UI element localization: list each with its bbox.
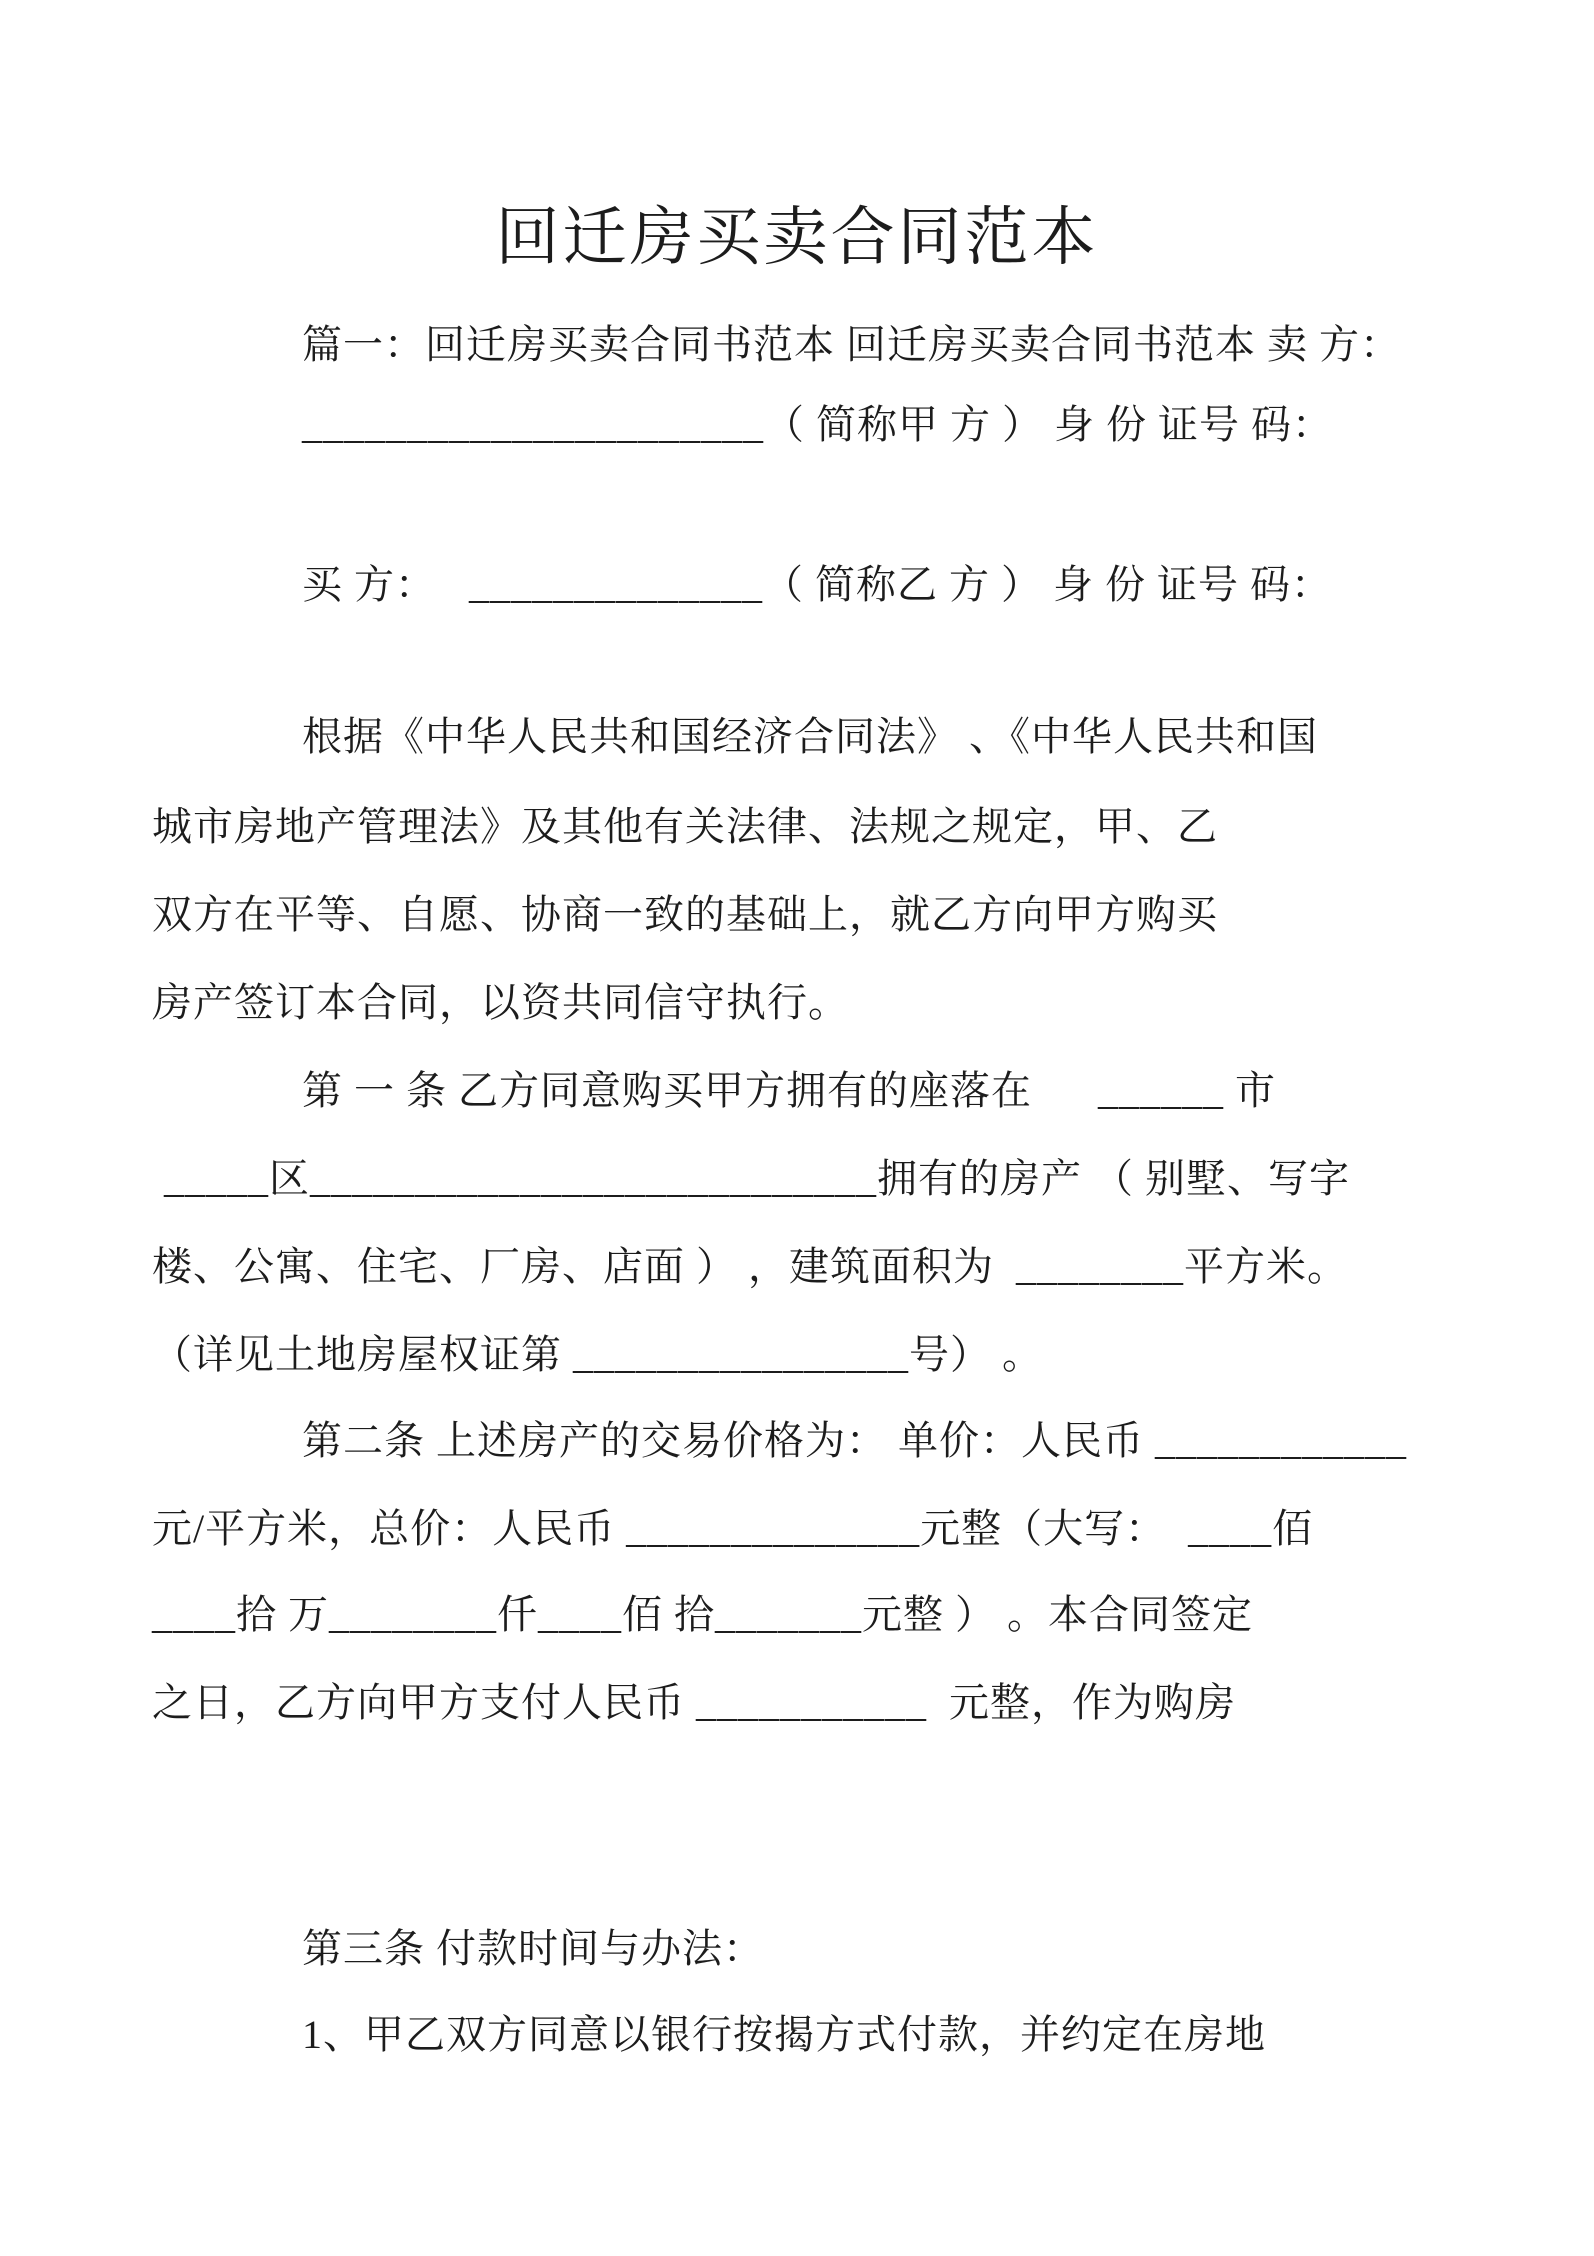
line-article-2-deposit: 之日，乙方向甲方支付人民币 ___________ 元整，作为购房: [152, 1676, 1236, 1730]
line-legal-basis-1: 根据《中华人民共和国经济合同法》 、《中华人民共和国: [302, 710, 1318, 764]
line-article-2-amount-words: ____拾 万________仟____佰 拾_______元整 ） 。本合同签…: [152, 1588, 1253, 1642]
line-article-2-start: 第二条 上述房产的交易价格为： 单价：人民币 ____________: [302, 1414, 1407, 1468]
line-seller-blank-party-a: ______________________（ 简称甲 方 ） 身 份 证号 码…: [302, 398, 1333, 452]
contract-document-page: 回迁房买卖合同范本 篇一：回迁房买卖合同书范本 回迁房买卖合同书范本 卖 方： …: [0, 0, 1594, 2256]
line-legal-basis-3: 双方在平等、自愿、协商一致的基础上，就乙方向甲方购买: [152, 888, 1218, 942]
line-article-2-total-price: 元/平方米，总价：人民币 ______________元整（大写： ____佰: [152, 1502, 1313, 1556]
line-piece-one-header: 篇一：回迁房买卖合同书范本 回迁房买卖合同书范本 卖 方：: [302, 318, 1401, 372]
line-article-3-header: 第三条 付款时间与办法：: [302, 1922, 764, 1976]
document-title: 回迁房买卖合同范本: [0, 198, 1594, 278]
line-article-1-start: 第 一 条 乙方同意购买甲方拥有的座落在 ______ 市: [302, 1064, 1276, 1118]
line-article-3-item-1: 1、甲乙双方同意以银行按揭方式付款，并约定在房地: [302, 2008, 1266, 2062]
line-article-1-location: _____区___________________________拥有的房产 （…: [164, 1152, 1350, 1206]
line-legal-basis-4: 房产签订本合同，以资共同信守执行。: [152, 976, 849, 1030]
line-legal-basis-2: 城市房地产管理法》及其他有关法律、法规之规定，甲、乙: [152, 800, 1218, 854]
line-article-1-certificate: （详见土地房屋权证第 ________________号） 。: [152, 1328, 1043, 1382]
line-buyer-blank-party-b: 买 方： ______________（ 简称乙 方 ） 身 份 证号 码：: [302, 558, 1332, 612]
line-article-1-property: 楼、公寓、住宅、厂房、店面 ） ，建筑面积为 ________平方米。: [152, 1240, 1348, 1294]
